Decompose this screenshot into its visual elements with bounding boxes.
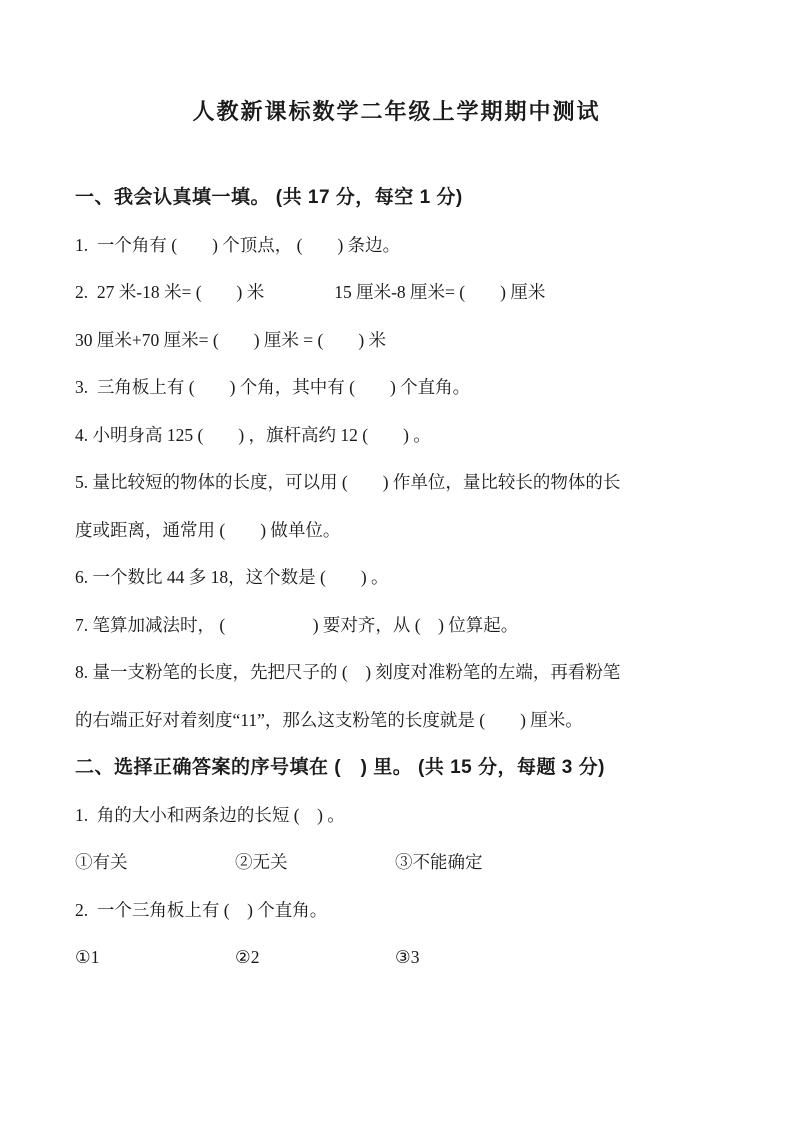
question-line-8b: 的右端正好对着刻度“11”，那么这支粉笔的长度就是 ( ) 厘米。 bbox=[75, 697, 727, 745]
question-line-5b: 度或距离，通常用 ( ) 做单位。 bbox=[75, 507, 727, 555]
question-line-2: 2. 27 米-18 米= ( ) 米 15 厘米-8 厘米= ( ) 厘米 bbox=[75, 269, 727, 317]
question-line-8: 8. 量一支粉笔的长度，先把尺子的 ( ) 刻度对准粉笔的左端，再看粉笔 bbox=[75, 649, 727, 697]
document-page: 人教新课标数学二年级上学期期中测试 一、我会认真填一填。 (共 17 分，每空 … bbox=[0, 0, 793, 1122]
choice-question-2: 2. 一个三角板上有 ( ) 个直角。 bbox=[75, 887, 727, 935]
options-row-1: ①有关 ②无关 ③不能确定 bbox=[75, 839, 727, 887]
option-item: ②2 bbox=[235, 934, 395, 982]
content: 一、我会认真填一填。 (共 17 分，每空 1 分) 1. 一个角有 ( ) 个… bbox=[75, 174, 727, 982]
question-line-3: 3. 三角板上有 ( ) 个角，其中有 ( ) 个直角。 bbox=[75, 364, 727, 412]
option-item: ③不能确定 bbox=[395, 839, 483, 887]
option-item: ①有关 bbox=[75, 839, 235, 887]
question-line-5: 5. 量比较短的物体的长度，可以用 ( ) 作单位，量比较长的物体的长 bbox=[75, 459, 727, 507]
question-line-6: 6. 一个数比 44 多 18，这个数是 ( ) 。 bbox=[75, 554, 727, 602]
question-line-7: 7. 笔算加减法时， ( ) 要对齐，从 ( ) 位算起。 bbox=[75, 602, 727, 650]
choice-question-1: 1. 角的大小和两条边的长短 ( ) 。 bbox=[75, 792, 727, 840]
question-line-1: 1. 一个角有 ( ) 个顶点， ( ) 条边。 bbox=[75, 222, 727, 270]
option-item: ③3 bbox=[395, 934, 419, 982]
section2-heading: 二、选择正确答案的序号填在 ( ) 里。 (共 15 分，每题 3 分) bbox=[75, 744, 727, 792]
options-row-2: ①1 ②2 ③3 bbox=[75, 934, 727, 982]
page-title: 人教新课标数学二年级上学期期中测试 bbox=[0, 0, 793, 128]
option-item: ①1 bbox=[75, 934, 235, 982]
question-line-4: 4. 小明身高 125 ( ) ，旗杆高约 12 ( ) 。 bbox=[75, 412, 727, 460]
option-item: ②无关 bbox=[235, 839, 395, 887]
section1-heading: 一、我会认真填一填。 (共 17 分，每空 1 分) bbox=[75, 174, 727, 222]
question-line-2b: 30 厘米+70 厘米= ( ) 厘米 = ( ) 米 bbox=[75, 317, 727, 365]
